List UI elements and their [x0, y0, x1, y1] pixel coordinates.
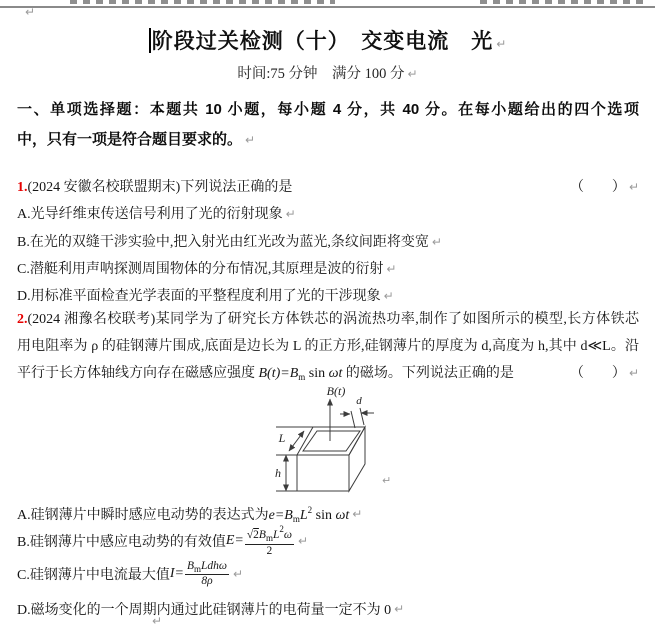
- option-text: D.用标准平面检查光学表面的平整程度利用了光的干涉现象: [17, 289, 381, 304]
- paragraph-mark: ↵: [496, 37, 506, 51]
- time-score-subtitle: 时间:75 分钟 满分 100 分: [237, 66, 404, 82]
- subtitle-row: 时间:75 分钟 满分 100 分↵: [0, 62, 655, 83]
- option-text: C.硅钢薄片中电流最大值: [17, 564, 170, 584]
- section-heading-line2-text: 中，只有一项是符合题目要求的。: [17, 131, 242, 148]
- option-text: A.光导纤维束传送信号利用了光的衍射现象: [17, 207, 283, 222]
- question-2-number: 2.: [17, 312, 28, 327]
- l-dimension-arrow: [289, 431, 304, 451]
- b-field-label: B(t): [327, 384, 346, 398]
- title-row: 阶段过关检测（十） 交变电流 光↵: [0, 25, 655, 55]
- question-2-option-a: A.硅钢薄片中瞬时感应电动势的表达式为 e=BmL2 sin ωt↵: [17, 503, 639, 525]
- section-heading: 一、单项选择题：本题共 10 小题，每小题 4 分，共 40 分。在每小题给出的…: [17, 95, 639, 155]
- d-extension-line: [351, 411, 355, 428]
- box-right-face: [349, 427, 365, 491]
- question-2-stem-line1-text: (2024 湘豫名校联考)某同学为了研究长方体铁芯的涡流热功率,制作了如图所示的…: [28, 312, 640, 327]
- clipped-top-text-row: [0, 0, 655, 8]
- formula-part: B(t)=B: [259, 366, 299, 381]
- paragraph-mark: ↵: [394, 602, 404, 616]
- paragraph-mark: ↵: [245, 133, 255, 147]
- formula-part: Ldhω: [201, 560, 227, 572]
- answer-bracket-text: （ ）: [570, 180, 626, 195]
- paragraph-mark: ↵: [629, 180, 639, 194]
- formula-part: ωt: [335, 508, 349, 523]
- option-b-fraction: √2BmL2ω2: [245, 524, 294, 558]
- stem-text: 平行于长方体轴线方向存在磁感应强度: [17, 366, 259, 381]
- formula-part: L: [300, 508, 308, 523]
- stem-text: 的磁场。下列说法正确的是: [342, 366, 514, 381]
- option-text: D.磁场变化的一个周期内通过此硅钢薄片的电荷量一定不为 0: [17, 599, 391, 619]
- question-2-stem-line2: 用电阻率为 ρ 的硅钢薄片围成,底面是边长为 L 的正方形,硅钢薄片的厚度为 d…: [17, 333, 639, 360]
- question-2-option-b: B.硅钢薄片中感应电动势的有效值 E=√2BmL2ω2↵: [17, 524, 639, 558]
- formula-part: B: [259, 529, 266, 541]
- paragraph-mark: ↵: [384, 289, 394, 303]
- l-label: L: [278, 431, 286, 445]
- exam-document-page: ↵ 阶段过关检测（十） 交变电流 光↵ 时间:75 分钟 满分 100 分↵ 一…: [0, 0, 655, 635]
- fraction-numerator: BmLdhω: [185, 560, 229, 575]
- paragraph-mark: ↵: [25, 5, 35, 19]
- paragraph-mark: ↵: [408, 67, 418, 81]
- option-text: A.硅钢薄片中瞬时感应电动势的表达式为: [17, 504, 269, 524]
- question-1-stem-row: 1.(2024 安徽名校联盟期末)下列说法正确的是 （ ）↵: [17, 174, 639, 201]
- question-1-stem-text: (2024 安徽名校联盟期末)下列说法正确的是: [28, 180, 293, 195]
- option-c-fraction: BmLdhω8ρ: [185, 560, 229, 589]
- paragraph-mark: ↵: [432, 235, 442, 249]
- option-text: C.潜艇利用声呐探测周围物体的分布情况,其原理是波的衍射: [17, 262, 383, 277]
- paragraph-mark: ↵: [382, 474, 391, 487]
- option-text: B.在光的双缝干涉实验中,把入射光由红光改为蓝光,条纹间距将变宽: [17, 235, 429, 250]
- iron-core-figure: B(t) d L h ↵: [270, 384, 440, 502]
- answer-bracket-text: （ ）: [570, 366, 626, 381]
- b-field-formula: B(t)=Bm sin ωt: [259, 366, 343, 381]
- answer-bracket: （ ）↵: [570, 174, 639, 201]
- formula-subscript: m: [194, 564, 201, 574]
- question-2-stem-line1: 2.(2024 湘豫名校联考)某同学为了研究长方体铁芯的涡流热功率,制作了如图所…: [17, 306, 639, 333]
- paragraph-mark: ↵: [352, 507, 362, 521]
- formula-subscript: m: [293, 514, 300, 524]
- question-2-stem: 2.(2024 湘豫名校联考)某同学为了研究长方体铁芯的涡流热功率,制作了如图所…: [17, 306, 639, 391]
- paragraph-mark: ↵: [152, 614, 162, 628]
- answer-bracket: （ ）↵: [570, 360, 639, 387]
- paragraph-mark: ↵: [386, 262, 396, 276]
- formula-sin: sin: [305, 366, 328, 381]
- paragraph-mark: ↵: [629, 366, 639, 380]
- formula-sin: sin: [312, 508, 335, 523]
- section-heading-line2: 中，只有一项是符合题目要求的。↵: [17, 125, 639, 155]
- formula-part: e=B: [269, 508, 293, 523]
- question-1: 1.(2024 安徽名校联盟期末)下列说法正确的是 （ ）↵ A.光导纤维束传送…: [17, 174, 639, 310]
- question-2-option-d: D.磁场变化的一个周期内通过此硅钢薄片的电荷量一定不为 0↵: [17, 598, 639, 620]
- d-extension-line: [360, 408, 364, 425]
- formula-subscript: m: [266, 533, 273, 543]
- question-1-option-b: B.在光的双缝干涉实验中,把入射光由红光改为蓝光,条纹间距将变宽↵: [17, 229, 639, 256]
- formula-part: ωt: [329, 366, 343, 381]
- question-1-option-c: C.潜艇利用声呐探测周围物体的分布情况,其原理是波的衍射↵: [17, 256, 639, 283]
- d-label: d: [356, 395, 362, 407]
- fraction-numerator: √2BmL2ω: [245, 524, 294, 544]
- paragraph-mark: ↵: [286, 207, 296, 221]
- question-1-number: 1.: [17, 180, 28, 195]
- formula-lhs: E=: [226, 533, 244, 549]
- h-label: h: [275, 466, 281, 480]
- option-a-formula: e=BmL2 sin ωt: [269, 505, 350, 524]
- page-title: 阶段过关检测（十） 交变电流 光: [152, 30, 494, 53]
- box-inner-rim: [303, 431, 360, 451]
- formula-part: ω: [284, 529, 292, 541]
- fraction-denominator: 2: [245, 545, 294, 558]
- formula-lhs: I=: [170, 566, 184, 582]
- formula-part: B: [187, 560, 194, 572]
- section-heading-line1: 一、单项选择题：本题共 10 小题，每小题 4 分，共 40 分。在每小题给出的…: [17, 95, 639, 125]
- fraction-denominator: 8ρ: [185, 575, 229, 588]
- option-text: B.硅钢薄片中感应电动势的有效值: [17, 531, 226, 551]
- question-1-stem: 1.(2024 安徽名校联盟期末)下列说法正确的是: [17, 175, 292, 201]
- clipped-text-left: [70, 0, 335, 4]
- question-2-option-c: C.硅钢薄片中电流最大值 I=BmLdhω8ρ↵: [17, 557, 639, 591]
- clipped-text-right: [480, 0, 645, 4]
- text-cursor: [149, 28, 151, 53]
- question-1-option-a: A.光导纤维束传送信号利用了光的衍射现象↵: [17, 201, 639, 228]
- paragraph-mark: ↵: [298, 534, 308, 548]
- box-front-face: [297, 455, 349, 491]
- paragraph-mark: ↵: [233, 567, 243, 581]
